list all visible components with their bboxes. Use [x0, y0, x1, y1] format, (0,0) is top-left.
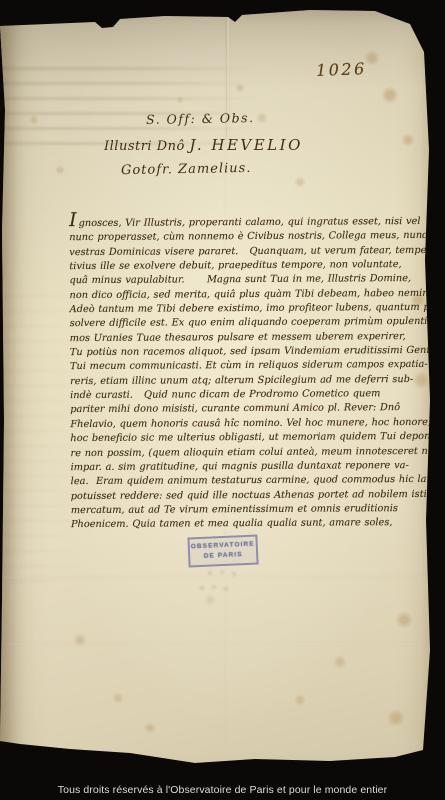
- scanned-page-viewer: 1026 S. Off: & Obs. Illustri Dnô J. HEVE…: [0, 0, 445, 800]
- manuscript-body: Ignosces, Vir Illustris, properanti cala…: [69, 211, 431, 533]
- stamp-text-line: DE PARIS: [204, 550, 243, 562]
- fold-crease-horizontal-1: [4, 576, 428, 579]
- page-number: 1026: [316, 59, 367, 80]
- verso-bleed-through-left: [0, 285, 80, 585]
- copyright-caption: Tous droits réservés à l'Observatoire de…: [0, 784, 445, 796]
- manuscript-line: Phoenicem. Quia tamen et mea qualia qual…: [71, 516, 431, 533]
- faded-pencil-marks: [194, 585, 240, 593]
- archive-stamp: OBSERVATOIRE DE PARIS: [187, 534, 258, 567]
- addressee-name: J. HEVELIO: [189, 136, 302, 154]
- salutation-line: S. Off: & Obs.: [146, 110, 255, 127]
- sender-line: Gotofr. Zamelius.: [121, 161, 252, 178]
- manuscript-line: lea. Eram quidem animum testaturus carmi…: [71, 473, 431, 490]
- manuscript-line: Ignosces, Vir Illustris, properanti cala…: [69, 211, 429, 232]
- manuscript-line: hoc beneficio sic me ulterius obligasti,…: [70, 430, 430, 447]
- fold-crease-horizontal-2: [4, 642, 428, 645]
- faded-pencil-marks: [202, 570, 242, 577]
- addressee-prefix: Illustri Dnô: [104, 139, 189, 154]
- addressee-line: Illustri Dnô J. HEVELIO: [104, 136, 303, 154]
- paper-sheet: 1026 S. Off: & Obs. Illustri Dnô J. HEVE…: [0, 0, 445, 800]
